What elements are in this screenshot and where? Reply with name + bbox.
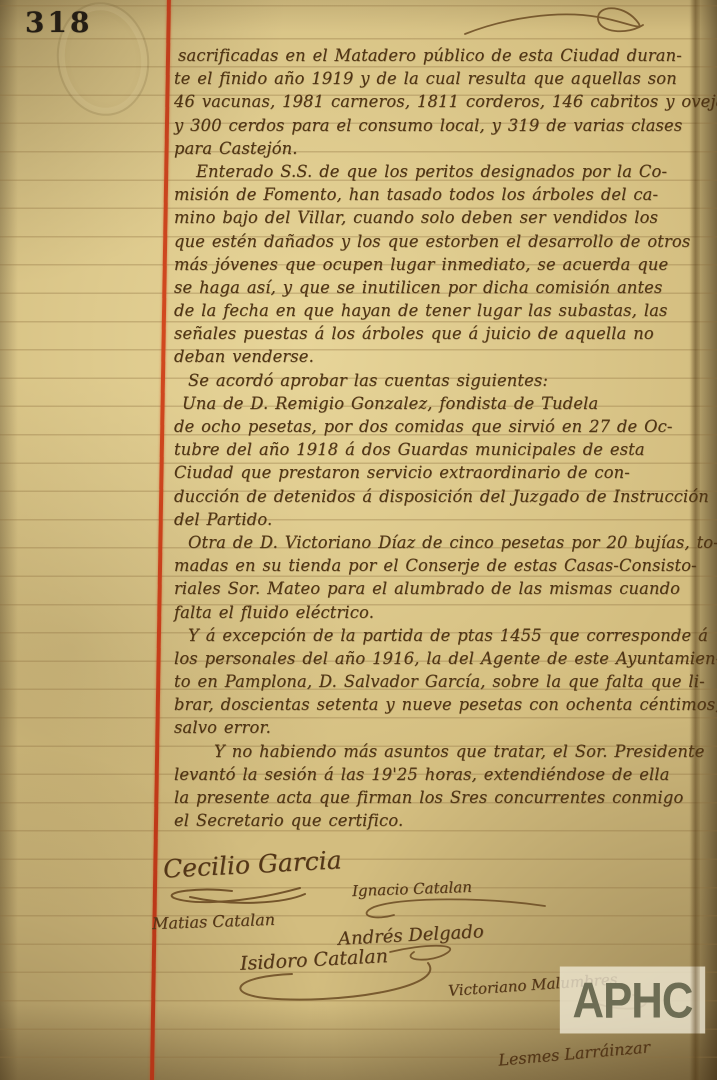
manuscript-line: señales puestas á los árboles que á juic… [174, 322, 717, 345]
manuscript-page: 318 sacrificadas en el Matadero público … [0, 0, 717, 1080]
manuscript-line: misión de Fomento, han tasado todos los … [174, 183, 717, 206]
manuscript-line: 46 vacunas, 1981 carneros, 1811 corderos… [174, 90, 717, 113]
signature-flourish-garcia [172, 888, 305, 903]
manuscript-line: Enterado S.S. de que los peritos designa… [174, 160, 717, 183]
manuscript-line: sacrificadas en el Matadero público de e… [174, 44, 717, 67]
manuscript-line: riales Sor. Mateo para el alumbrado de l… [174, 577, 717, 600]
manuscript-line: que estén dañados y los que estorben el … [174, 230, 717, 253]
manuscript-line: más jóvenes que ocupen lugar inmediato, … [174, 253, 717, 276]
manuscript-line: falta el fluido eléctrico. [174, 601, 717, 624]
manuscript-line: del Partido. [174, 508, 717, 531]
manuscript-line: para Castejón. [174, 137, 717, 160]
manuscript-line: de ocho pesetas, por dos comidas que sir… [174, 415, 717, 438]
manuscript-line: Y á excepción de la partida de ptas 1455… [174, 624, 717, 647]
aphc-watermark: APHC [560, 967, 705, 1034]
manuscript-line: los personales del año 1916, la del Agen… [174, 647, 717, 670]
manuscript-line: se haga así, y que se inutilicen por dic… [174, 276, 717, 299]
manuscript-line: la presente acta que firman los Sres con… [174, 786, 717, 809]
manuscript-line: mino bajo del Villar, cuando solo deben … [174, 206, 717, 229]
manuscript-line: Otra de D. Victoriano Díaz de cinco pese… [174, 531, 717, 554]
manuscript-line: tubre del año 1918 á dos Guardas municip… [174, 438, 717, 461]
manuscript-line: de la fecha en que hayan de tener lugar … [174, 299, 717, 322]
manuscript-line: Ciudad que prestaron servicio extraordin… [174, 461, 717, 484]
page-edge-crease [690, 0, 700, 1080]
manuscript-line: madas en su tienda por el Conserje de es… [174, 554, 717, 577]
manuscript-line: Y no habiendo más asuntos que tratar, el… [174, 740, 717, 763]
manuscript-line: te el finido año 1919 y de la cual resul… [174, 67, 717, 90]
rubric-flourish [465, 8, 643, 34]
manuscript-line: Se acordó aprobar las cuentas siguientes… [174, 369, 717, 392]
manuscript-line: ducción de detenidos á disposición del J… [174, 485, 717, 508]
manuscript-line: levantó la sesión á las 19'25 horas, ext… [174, 763, 717, 786]
manuscript-line: y 300 cerdos para el consumo local, y 31… [174, 114, 717, 137]
manuscript-text: sacrificadas en el Matadero público de e… [174, 44, 717, 832]
manuscript-line: el Secretario que certifico. [174, 809, 717, 832]
manuscript-line: deban venderse. [174, 345, 717, 368]
manuscript-line: to en Pamplona, D. Salvador García, sobr… [174, 670, 717, 693]
manuscript-line: salvo error. [174, 716, 717, 739]
manuscript-line: Una de D. Remigio Gonzalez, fondista de … [174, 392, 717, 415]
manuscript-line: brar, doscientas setenta y nueve pesetas… [174, 693, 717, 716]
